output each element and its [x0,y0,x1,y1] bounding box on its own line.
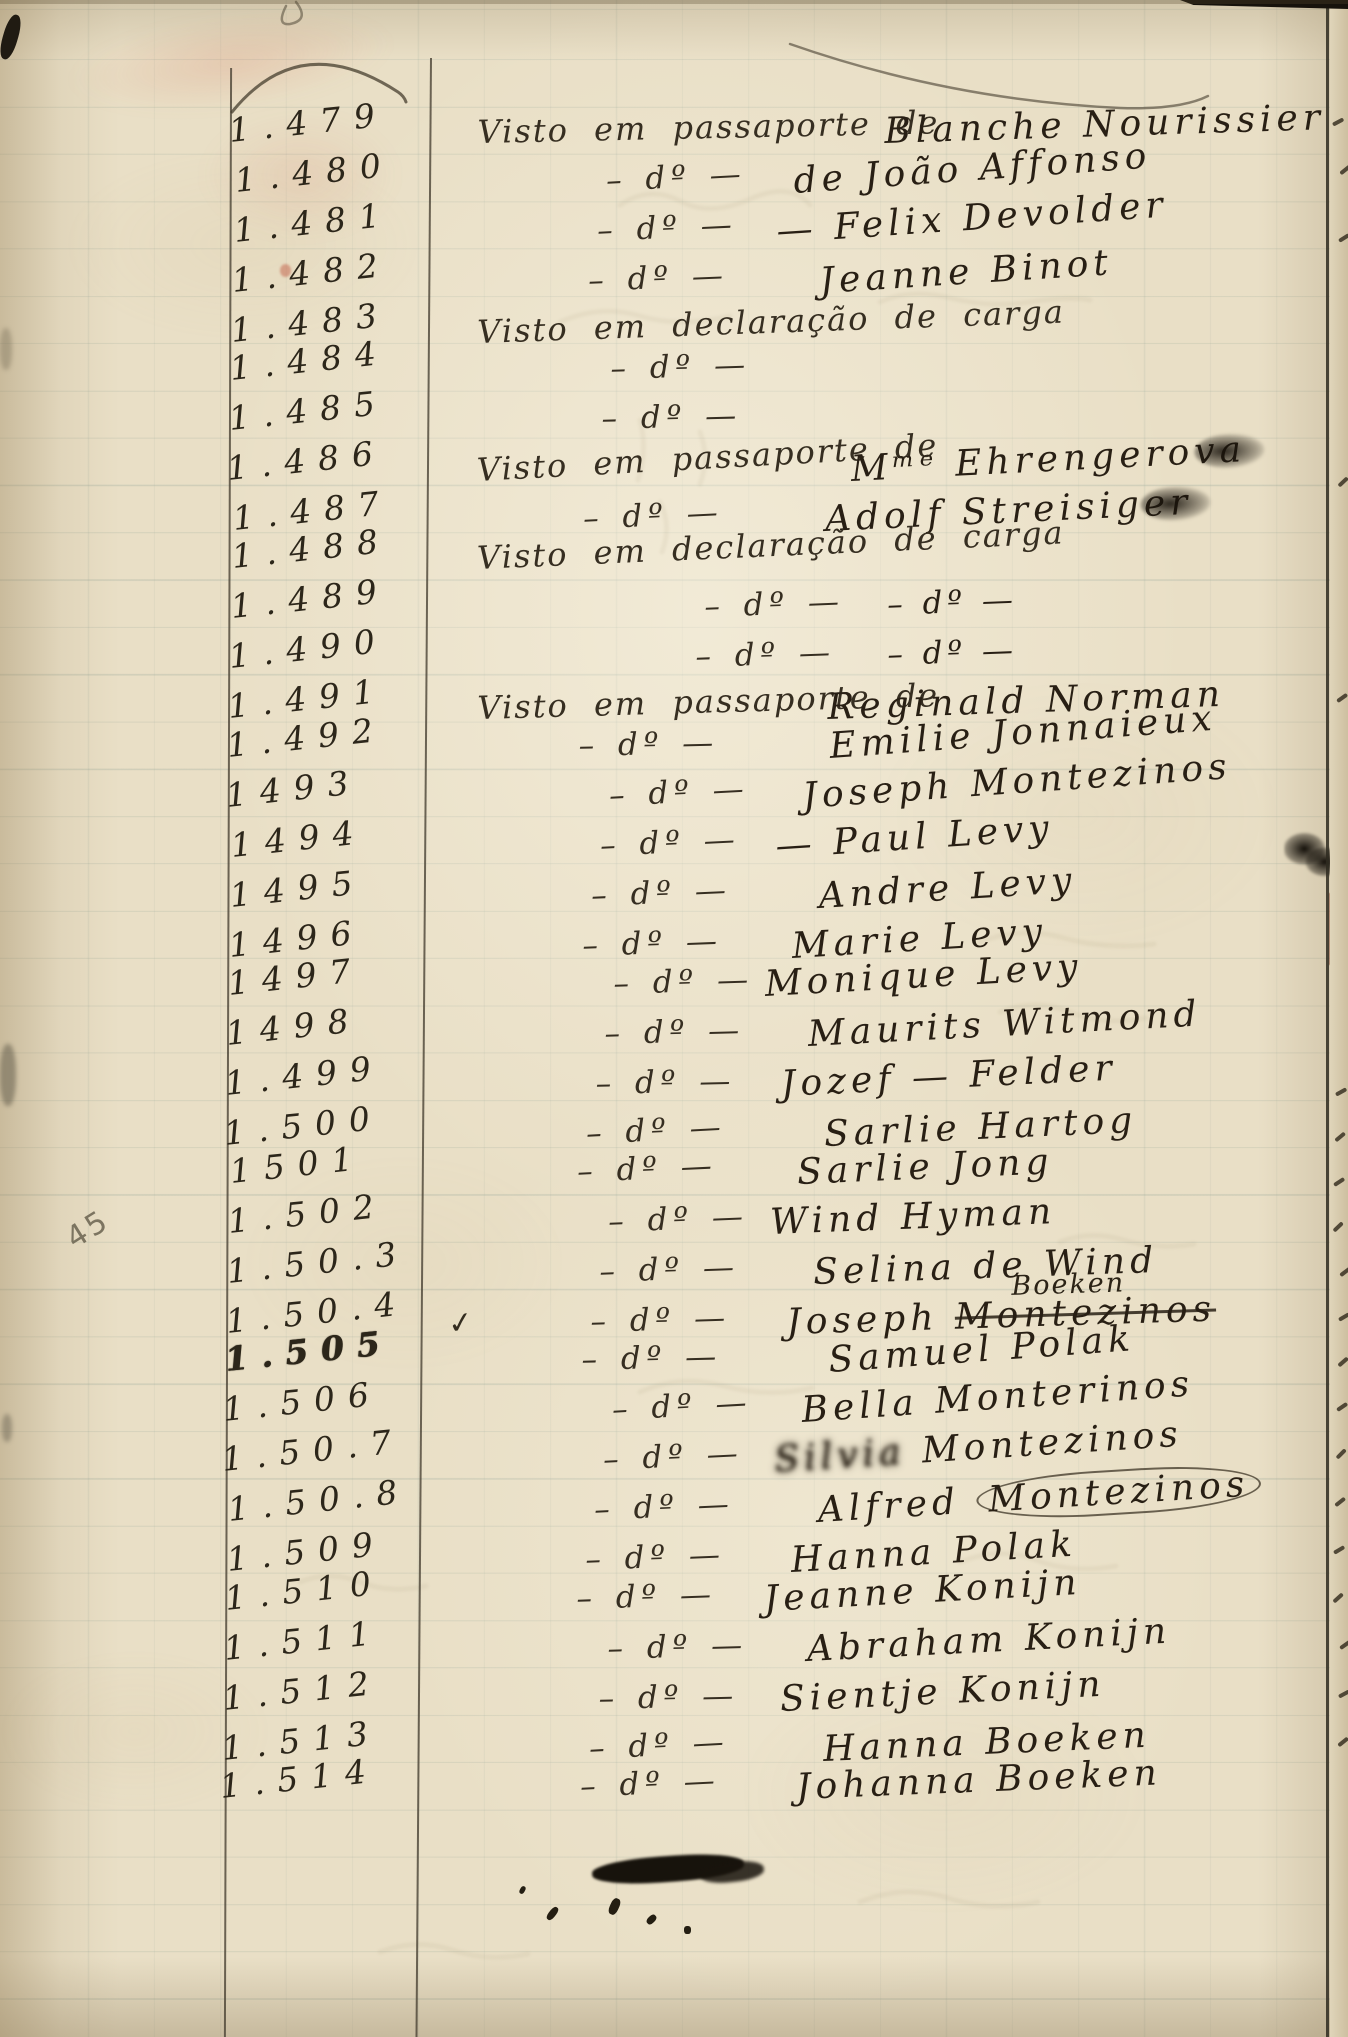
ditto-mark: – dº — [582,922,724,963]
ditto-mark: – dº — [601,397,742,436]
ink-speck [545,1905,560,1921]
ditto-mark: – dº — [607,1627,749,1667]
ditto-mark: – dº — [579,1762,721,1805]
ditto-mark: – dº — [590,872,732,914]
page-binding-edge [1326,0,1329,2037]
ledger-row: 1.484– dº — [0,349,1348,399]
ditto-mark: – dº — [598,1678,739,1717]
entry-number: 1.479 [227,94,390,149]
ledger-row: 1494– dº —— Paul Levy [0,826,1348,876]
ditto-mark: – dº — [605,156,747,199]
ledger-row: 1.481– dº —— Felix Devolder [0,211,1348,261]
ditto-mark: – dº — [704,584,846,625]
ledger-row: 1.499– dº —Jozef — Felder [0,1064,1348,1114]
ditto-mark: – dº — [611,1385,753,1429]
corner-ink-mark [0,13,24,61]
ditto-mark: – dº — [887,632,1019,673]
ditto-mark: – dº — [695,635,837,676]
correction-annotation: Boeken [1011,1267,1126,1302]
ditto-mark: – dº — [610,347,752,387]
ledger-row: 1.489– dº —– dº — [0,587,1348,637]
ditto-mark: – dº — [590,1300,732,1340]
ditto-mark: – dº — [596,206,738,248]
ditto-mark: – dº — [593,1486,735,1528]
scan-edge-shadow [1180,0,1348,9]
ink-smear [699,1859,765,1886]
ink-speck [607,1897,622,1916]
ditto-mark: – dº — [595,1063,736,1102]
ledger-row: 1.514– dº —Johanna Boeken [0,1767,1348,1817]
ink-speck [518,1885,526,1894]
ditto-mark: – dº — [585,1109,727,1152]
ditto-mark: – dº — [887,582,1019,623]
ledger-row: 1.488Visto em declaração de carga [0,537,1348,587]
ditto-mark: – dº — [588,1723,730,1766]
ledger-row: 1.482– dº —Jeanne Binot [0,261,1348,311]
ink-blot [1140,485,1212,522]
ledger-row: 1493– dº —Joseph Montezinos [0,776,1348,826]
ditto-mark: – dº — [581,1339,722,1378]
ink-speck [684,1926,691,1934]
ledger-row: 1498– dº —Maurits Witmond [0,1014,1348,1064]
ditto-mark: – dº — [588,257,730,299]
ledger-row: 1.50.8– dº —Alfred Montezinos [0,1490,1348,1540]
ditto-mark: – dº — [608,1198,750,1240]
ditto-mark: – dº — [599,821,741,864]
ditto-mark: – dº — [608,770,750,813]
ditto-mark: – dº — [578,724,719,763]
entry-action: Visto em passaporte de [477,103,940,151]
ditto-mark: – dº — [585,1537,727,1578]
register-page: 1.479Visto em passaporte deBlanche Nouri… [0,0,1348,2037]
checkmark: ✓ [446,1305,476,1343]
ink-smear [591,1851,744,1888]
ledger-row: 1501– dº —Sarlie Jong [0,1152,1348,1202]
top-edge-shadow [0,0,1348,4]
ditto-mark: – dº — [599,1249,741,1290]
ditto-mark: – dº — [602,1436,744,1479]
ledger-row: 1495– dº —Andre Levy [0,876,1348,926]
ditto-mark: – dº — [604,1012,746,1052]
ditto-mark: – dº — [576,1576,718,1617]
ditto-mark: – dº — [613,961,755,1001]
ditto-mark: – dº — [576,1148,718,1190]
ink-speck [645,1913,658,1926]
ink-blot [1193,432,1265,469]
ledger-row: 1.511– dº —Abraham Konijn [0,1629,1348,1679]
adjacent-page-strip [1330,0,1348,2037]
smudged-name: Silvia [773,1432,906,1481]
